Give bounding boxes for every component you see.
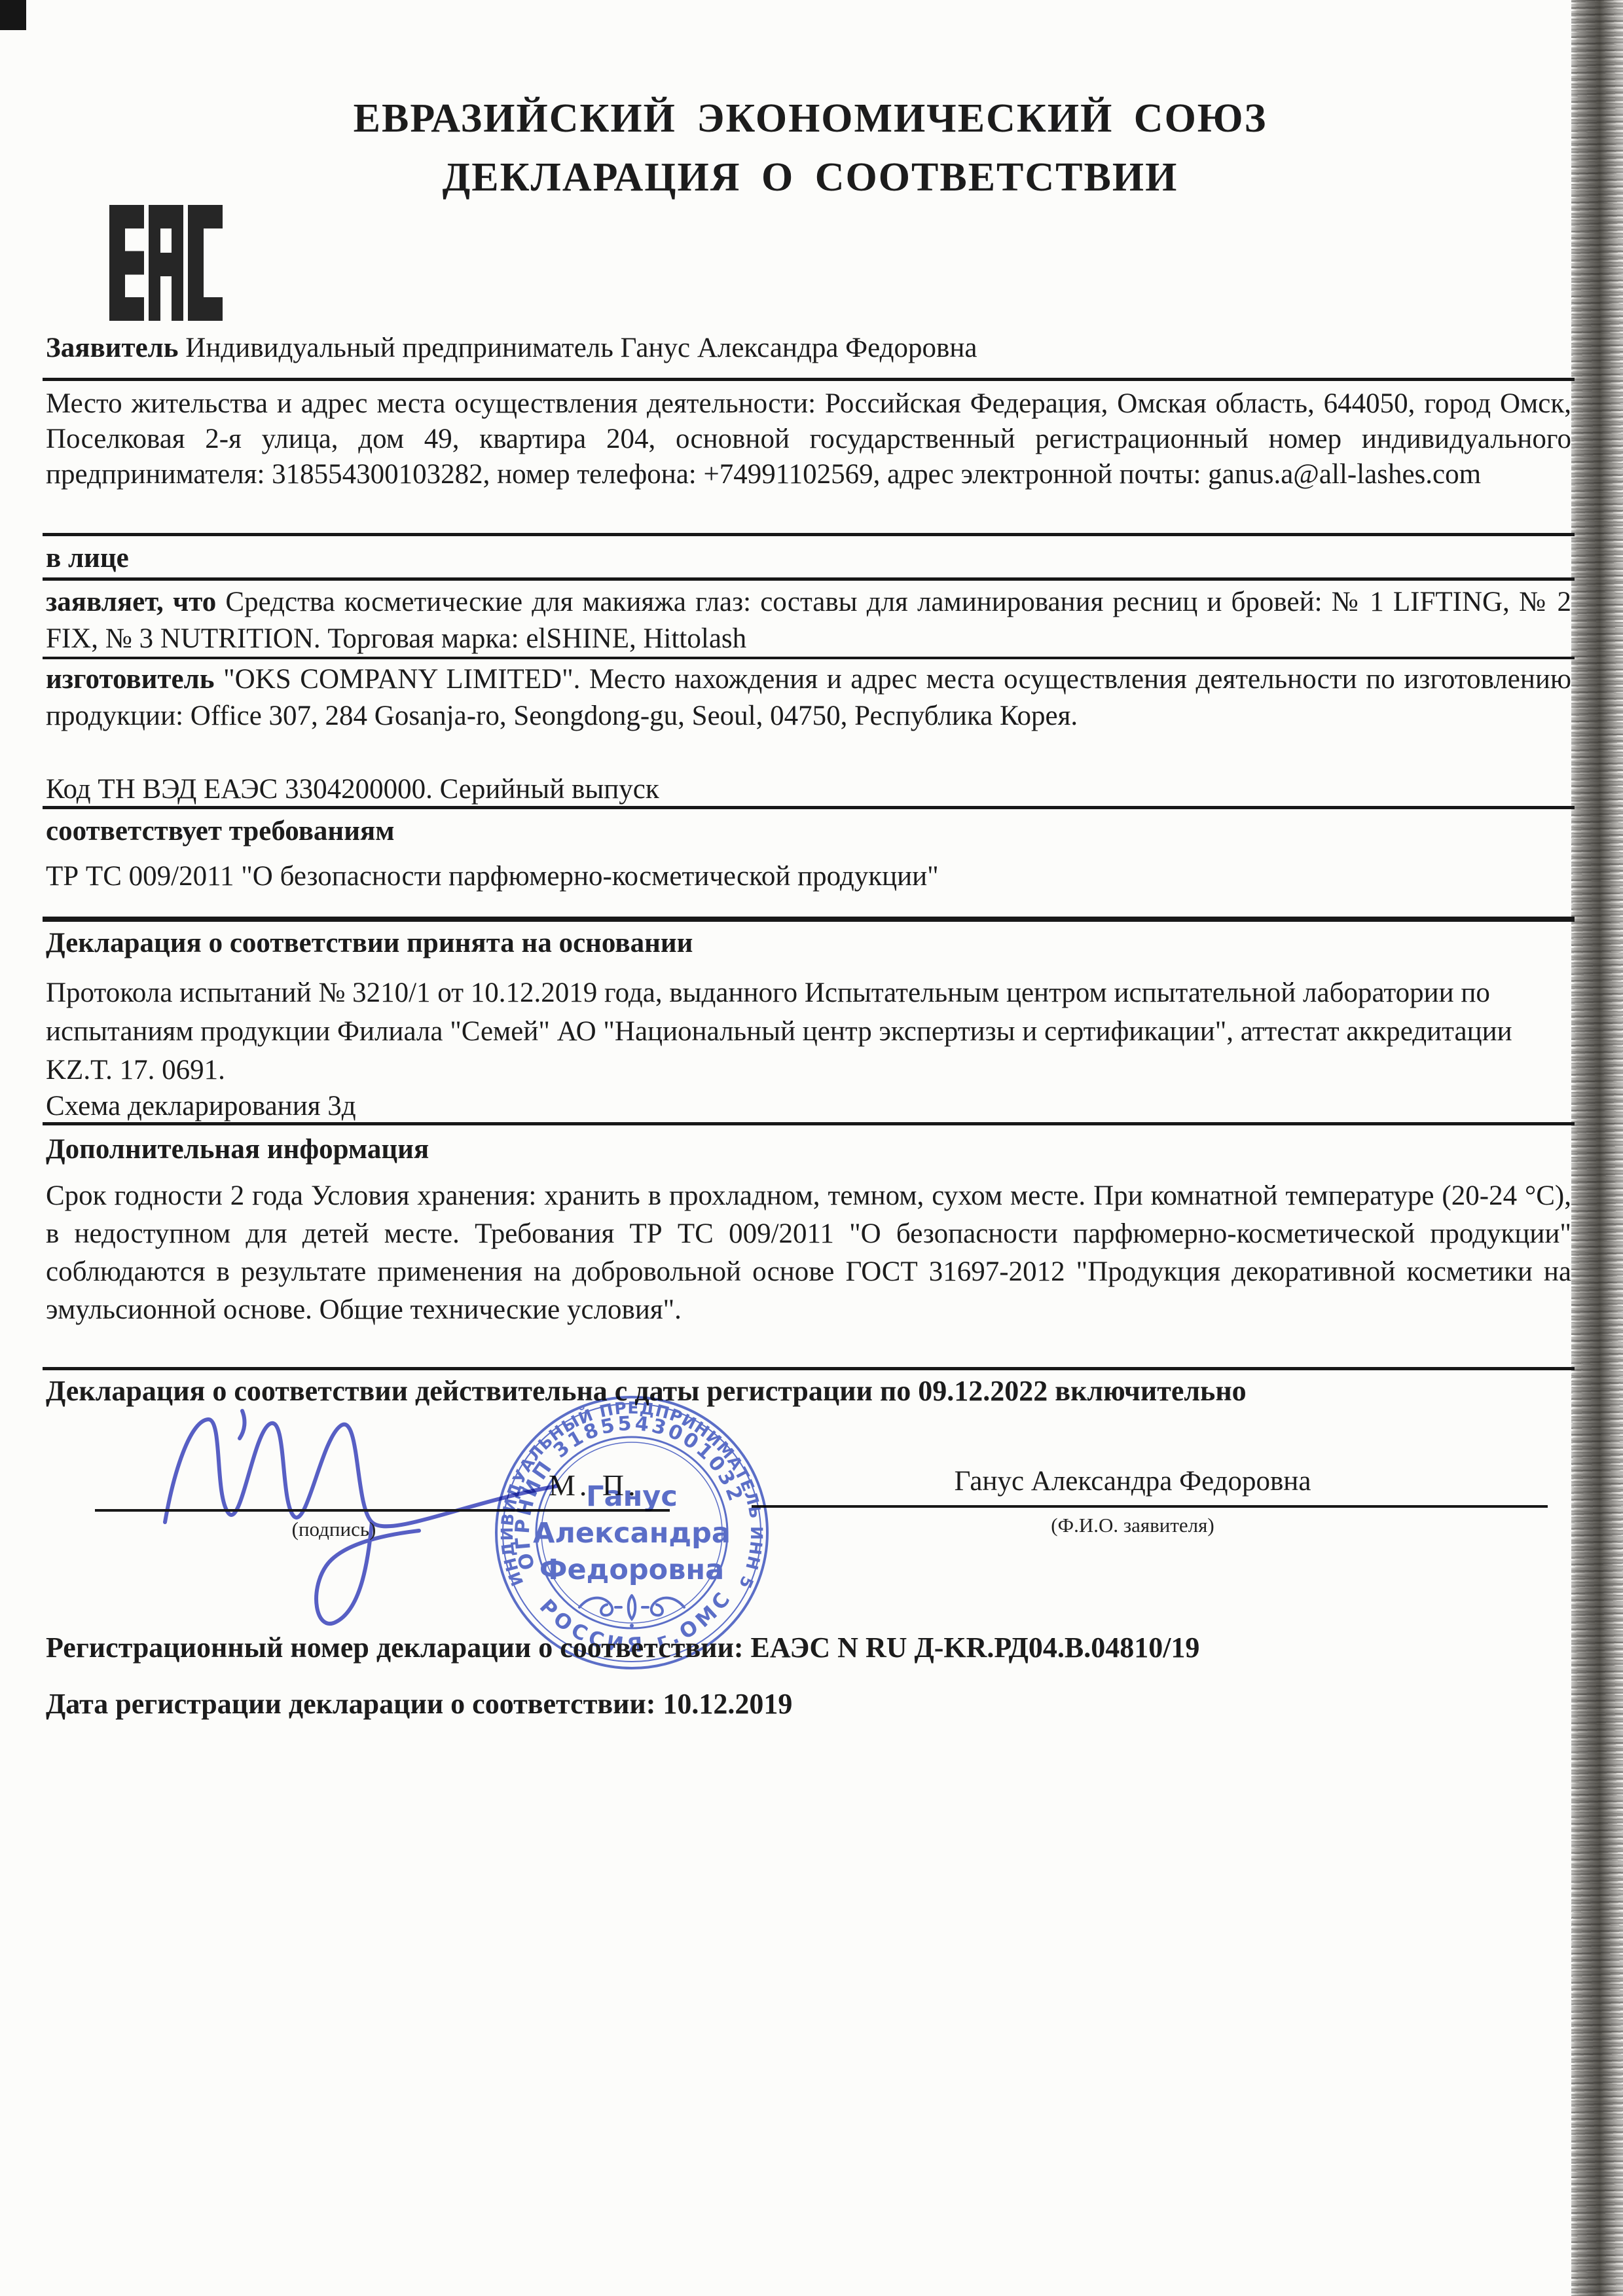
declares-label: заявляет, что <box>46 587 216 617</box>
in-person-label: в лице <box>46 541 1571 576</box>
complies-text: ТР ТС 009/2011 "О безопасности парфюмерн… <box>46 859 1571 894</box>
divider <box>43 378 1575 381</box>
divider <box>43 806 1575 809</box>
additional-label: Дополнительная информация <box>46 1132 1571 1167</box>
applicant-row: Заявитель Индивидуальный предприниматель… <box>46 331 1571 366</box>
divider <box>43 533 1575 536</box>
declares-text: Средства косметические для макияжа глаз:… <box>46 587 1571 654</box>
stamp-center-name-3: Федоровна <box>539 1554 724 1586</box>
divider <box>43 1367 1575 1370</box>
name-line <box>752 1505 1548 1508</box>
manufacturer-text: "OKS COMPANY LIMITED". Место нахождения … <box>46 664 1571 731</box>
basis-paragraph: Протокола испытаний № 3210/1 от 10.12.20… <box>46 974 1571 1089</box>
address-paragraph: Место жительства и адрес места осуществл… <box>46 386 1571 492</box>
additional-paragraph: Срок годности 2 года Условия хранения: х… <box>46 1177 1571 1329</box>
registration-date-line: Дата регистрации декларации о соответств… <box>46 1686 1571 1722</box>
scheme-line: Схема декларирования 3д <box>46 1089 1571 1124</box>
stamp-center-name-2: Александра <box>533 1517 731 1550</box>
divider <box>43 917 1575 922</box>
signature-caption: (подпись) <box>196 1518 471 1541</box>
manufacturer-label: изготовитель <box>46 664 215 695</box>
tnved-line: Код ТН ВЭД ЕАЭС 3304200000. Серийный вып… <box>46 772 1571 807</box>
divider <box>43 657 1575 659</box>
basis-label: Декларация о соответствии принята на осн… <box>46 926 1571 961</box>
page-subtitle: ДЕКЛАРАЦИЯ О СООТВЕТСТВИИ <box>46 156 1575 199</box>
registration-number-line: Регистрационный номер декларации о соотв… <box>46 1630 1571 1666</box>
complies-label: соответствует требованиям <box>46 814 1571 849</box>
scan-corner-artifact <box>0 0 26 30</box>
scan-edge-artifact <box>1571 0 1623 2296</box>
name-caption: (Ф.И.О. заявителя) <box>956 1514 1309 1537</box>
manufacturer-paragraph: изготовитель "OKS COMPANY LIMITED". Мест… <box>46 661 1571 735</box>
applicant-label: Заявитель <box>46 333 179 363</box>
applicant-name-typed: Ганус Александра Федоровна <box>917 1465 1349 1497</box>
stamp-center-name-1: Ганус <box>586 1480 678 1513</box>
divider <box>43 577 1575 581</box>
eac-mark-icon <box>109 205 223 321</box>
page-title: ЕВРАЗИЙСКИЙ ЭКОНОМИЧЕСКИЙ СОЮЗ <box>46 97 1575 140</box>
applicant-value: Индивидуальный предприниматель Ганус Але… <box>185 333 977 363</box>
declares-paragraph: заявляет, что Средства косметические для… <box>46 584 1571 657</box>
divider <box>43 1122 1575 1125</box>
